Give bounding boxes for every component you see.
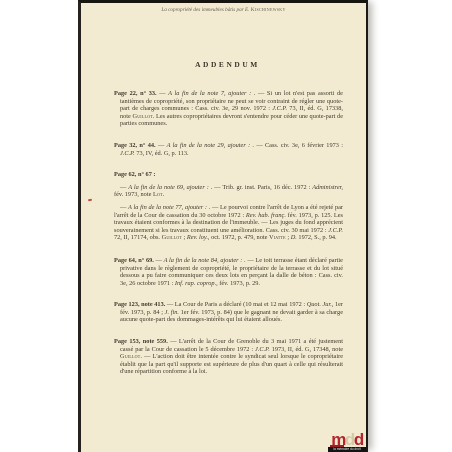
mdd-logo: mdd la mémoire du droit xyxy=(328,425,366,452)
running-head-segment: La copropriété des immeubles bâtis par E… xyxy=(161,7,250,13)
paragraph: Page 62, n° 67 : xyxy=(114,171,343,179)
paragraph: — A la fin de la note 77, ajouter : . — … xyxy=(114,204,343,242)
content: Page 22, n° 33. — A la fin de la note 7,… xyxy=(114,90,343,390)
running-head: La copropriété des immeubles bâtis par E… xyxy=(81,7,366,13)
paragraph: Page 123, note 413. — La Cour de Paris a… xyxy=(114,301,343,324)
page-title: ADDENDUM xyxy=(111,60,344,69)
paragraph: — A la fin de la note 69, ajouter : . — … xyxy=(114,184,343,199)
paragraph: Page 22, n° 33. — A la fin de la note 7,… xyxy=(114,90,343,128)
paragraph: Page 153, note 559. — L'arrêt de la Cour… xyxy=(114,338,343,376)
logo-letter: d xyxy=(354,432,363,447)
paragraph: Page 32, n° 44. — A la fin de la note 29… xyxy=(114,142,343,157)
logo-caption: la mémoire du droit xyxy=(328,447,366,452)
book-page: La copropriété des immeubles bâtis par E… xyxy=(78,0,368,452)
running-head-segment: Kischinewsky xyxy=(251,7,286,13)
paragraph: Page 64, n° 69. — A la fin de la note 84… xyxy=(114,257,343,287)
red-pencil-mark xyxy=(88,199,92,202)
logo-letter: d xyxy=(345,432,354,447)
